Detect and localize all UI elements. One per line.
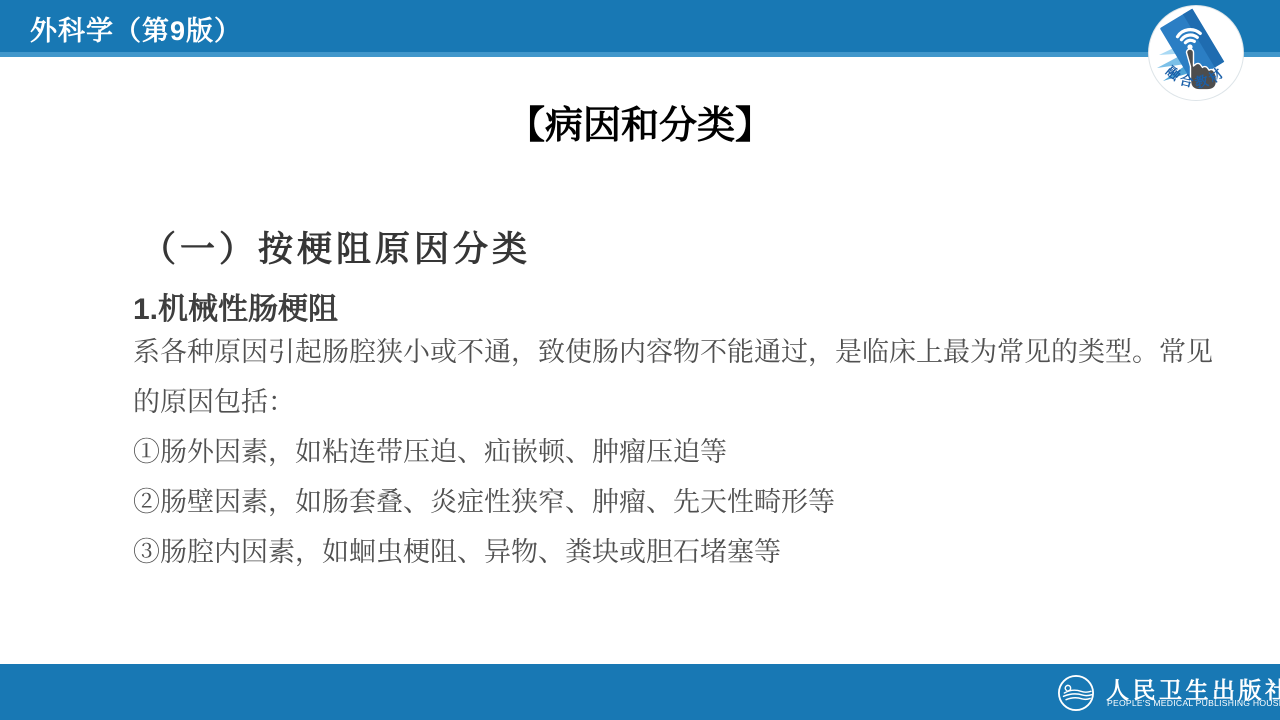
slide-page: 外科学（第9版） 融合教材 【病因和分类】 <box>0 0 1280 720</box>
cause-item-1: ①肠外因素，如粘连带压迫、疝嵌顿、肿瘤压迫等 <box>133 427 1223 477</box>
book-title: 外科学（第9版） <box>30 9 242 48</box>
footer-bar: 人民卫生出版社 PEOPLE'S MEDICAL PUBLISHING HOUS… <box>0 664 1280 720</box>
paragraph: 系各种原因引起肠腔狭小或不通，致使肠内容物不能通过，是临床上最为常见的类型。常见… <box>133 327 1223 427</box>
cause-item-2: ②肠壁因素，如肠套叠、炎症性狭窄、肿瘤、先天性畸形等 <box>133 477 1223 527</box>
header-accent-line <box>0 52 1280 57</box>
fusion-textbook-badge: 融合教材 <box>1146 3 1246 103</box>
subsection-heading: 1.机械性肠梗阻 <box>133 284 338 328</box>
page-title: 【病因和分类】 <box>0 94 1280 149</box>
section-heading: （一）按梗阻原因分类 <box>141 222 531 272</box>
body-text-block: 系各种原因引起肠腔狭小或不通，致使肠内容物不能通过，是临床上最为常见的类型。常见… <box>133 327 1223 577</box>
cause-item-3: ③肠腔内因素，如蛔虫梗阻、异物、粪块或胆石堵塞等 <box>133 527 1223 577</box>
publisher-name-en: PEOPLE'S MEDICAL PUBLISHING HOUSE <box>1107 698 1280 708</box>
pmph-logo-icon <box>1056 673 1096 713</box>
